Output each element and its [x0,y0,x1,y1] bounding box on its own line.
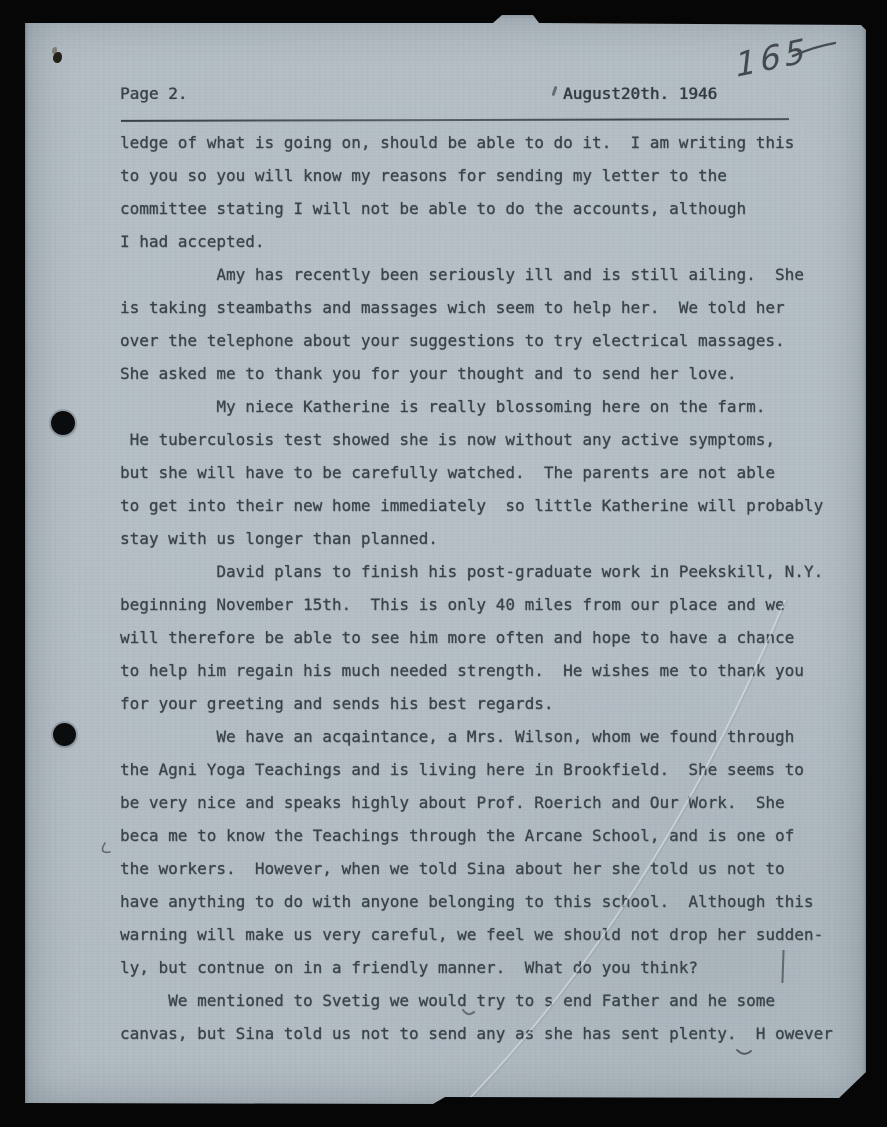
letter-line: is taking steambaths and massages wich s… [120,291,860,324]
letter-line: He tuberculosis test showed she is now w… [120,423,860,456]
scan-background: { "document": { "folio_number": "165", "… [0,0,887,1127]
date-line: August20th. 1946 [563,84,717,103]
letter-line: She asked me to thank you for your thoug… [120,357,860,390]
hole-punch-top [51,411,75,435]
letter-line: My niece Katherine is really blossoming … [120,390,860,423]
letter-line: the workers. However, when we told Sina … [120,852,860,885]
letter-line: canvas, but Sina told us not to send any… [120,1017,860,1050]
letter-line: to you so you will know my reasons for s… [120,159,860,192]
letter-line: I had accepted. [120,225,860,258]
folio-number-handwritten: 165 [734,30,810,85]
stray-ink-mark [552,86,558,96]
hole-punch-bottom [53,723,76,746]
letter-line: will therefore be able to see him more o… [120,621,860,654]
letter-line: stay with us longer than planned. [120,522,860,555]
letter-line: be very nice and speaks highly about Pro… [120,786,860,819]
page-label: Page 2. [120,84,187,103]
letter-line: David plans to finish his post-graduate … [120,555,860,588]
letter-line: for your greeting and sends his best reg… [120,687,860,720]
letter-line: to help him regain his much needed stren… [120,654,860,687]
letter-line: warning will make us very careful, we fe… [120,918,860,951]
letter-line: to get into their new home immediately s… [120,489,860,522]
ink-speck [53,52,62,63]
pencil-hook-mark [102,843,110,852]
letter-line: Amy has recently been seriously ill and … [120,258,860,291]
letter-line: over the telephone about your suggestion… [120,324,860,357]
letter-line: but she will have to be carefully watche… [120,456,860,489]
letter-page: 165 Page 2. August20th. 1946 ledge of wh… [25,14,866,1106]
letter-line: beca me to know the Teachings through th… [120,819,860,852]
letter-line: beginning November 15th. This is only 40… [120,588,860,621]
header-rule [121,118,789,122]
letter-line: ledge of what is going on, should be abl… [120,126,860,159]
letter-line: the Agni Yoga Teachings and is living he… [120,753,860,786]
letter-line: ly, but contnue on in a friendly manner.… [120,951,860,984]
letter-line: committee stating I will not be able to … [120,192,860,225]
letter-line: have anything to do with anyone belongin… [120,885,860,918]
letter-line: We mentioned to Svetig we would try to s… [120,984,860,1017]
pen-hook-mark [737,1050,751,1054]
letter-line: We have an acqaintance, a Mrs. Wilson, w… [120,720,860,753]
letter-body: ledge of what is going on, should be abl… [120,126,860,1050]
